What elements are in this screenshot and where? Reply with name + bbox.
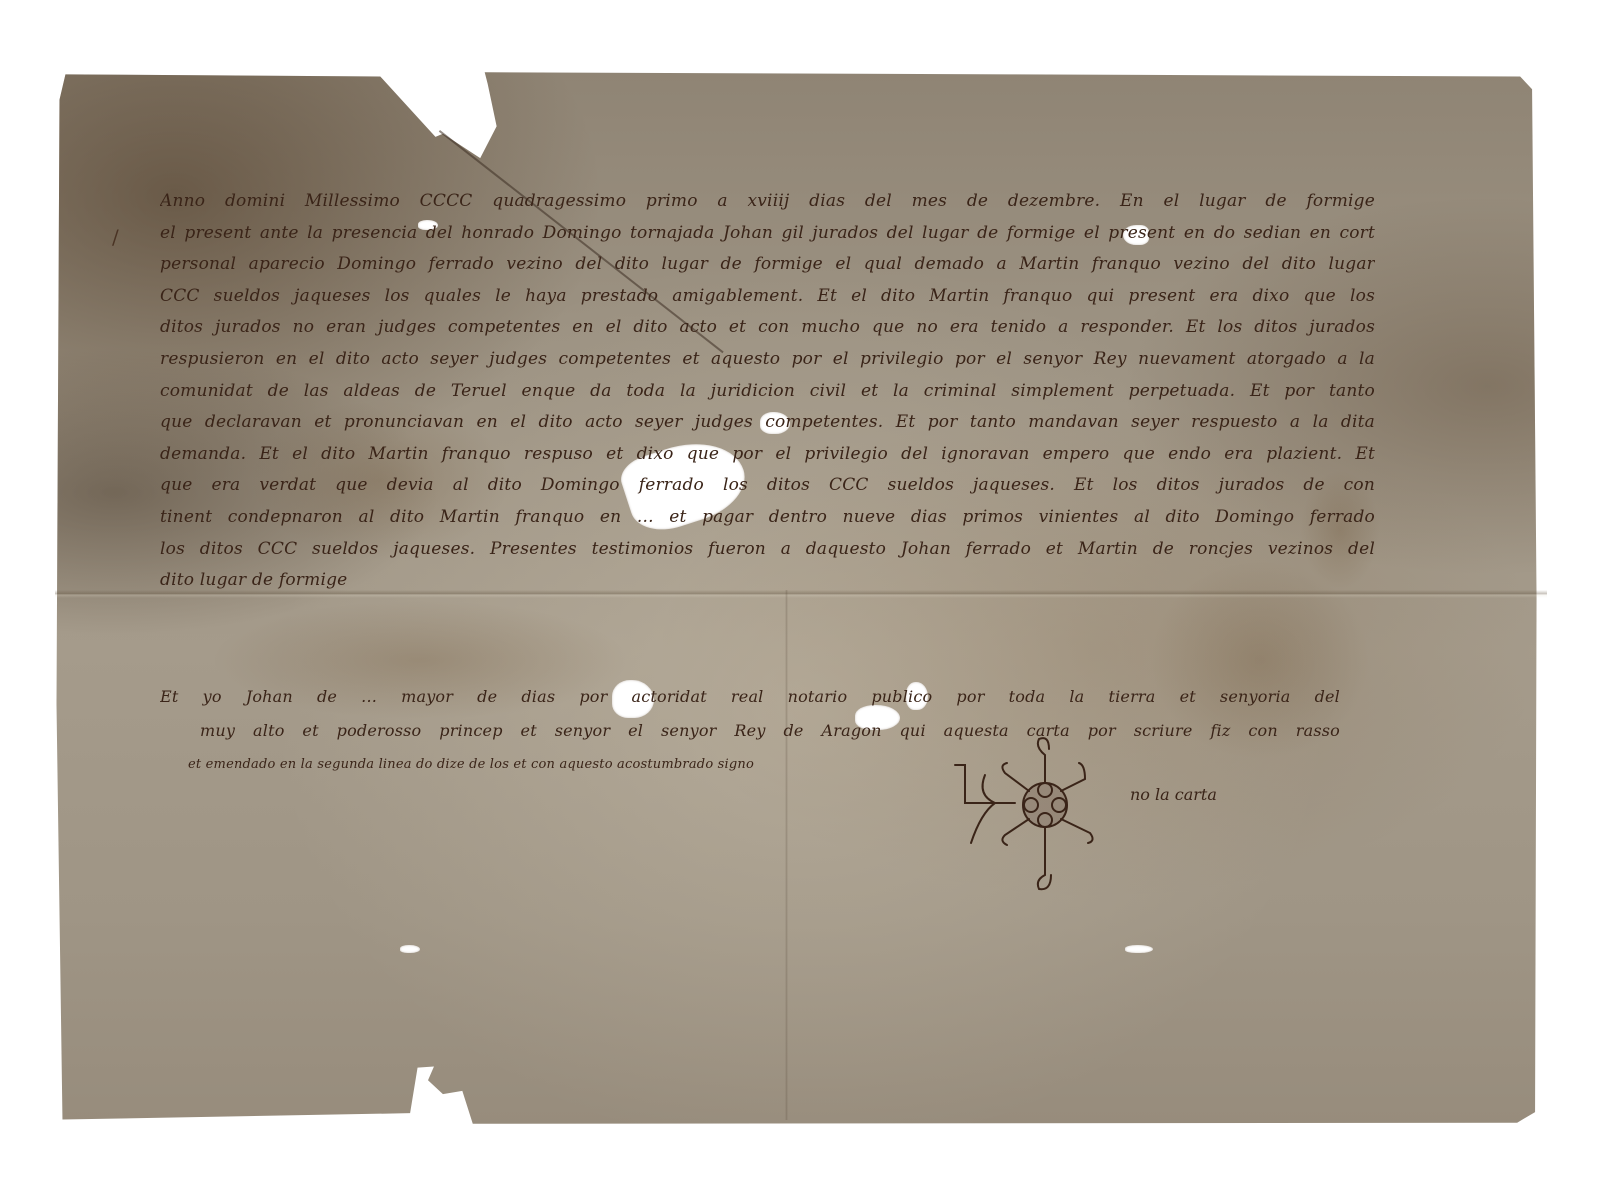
margin-mark: / [112,225,119,249]
text-line: tinent condepnaron al dito Martin franqu… [160,502,1375,534]
text-line: los ditos CCC sueldos jaqueses. Presente… [160,534,1375,566]
subscription-line: et emendado en la segunda linea do dize … [160,748,948,782]
text-line: comunidat de las aldeas de Teruel enque … [160,376,1375,408]
parchment-hole [1125,945,1153,953]
text-line: el present ante la presencia del honrado… [160,218,1375,250]
text-line: personal aparecio Domingo ferrado vezino… [160,249,1375,281]
text-line: demanda. Et el dito Martin franquo respu… [160,439,1375,471]
notary-signum-icon [945,735,1215,895]
signum-caption: no la carta [1130,785,1217,804]
parchment-hole [400,945,420,953]
text-line: Anno domini Millessimo CCCC quadragessim… [160,186,1375,218]
text-line: respusieron en el dito acto seyer judges… [160,344,1375,376]
charter-main-text: Anno domini Millessimo CCCC quadragessim… [160,186,1375,597]
text-line: que era verdat que devia al dito Domingo… [160,470,1375,502]
text-line: que declaravan et pronunciavan en el dit… [160,407,1375,439]
text-line: ditos jurados no eran judges competentes… [160,312,1375,344]
subscription-line: Et yo Johan de ... mayor de dias por act… [160,680,1340,714]
text-line: dito lugar de formige [160,565,380,597]
vertical-fold [785,590,788,1120]
document-stage: / Anno domini Millessimo CCCC quadragess… [0,0,1600,1200]
text-line: CCC sueldos jaqueses los quales le haya … [160,281,1375,313]
